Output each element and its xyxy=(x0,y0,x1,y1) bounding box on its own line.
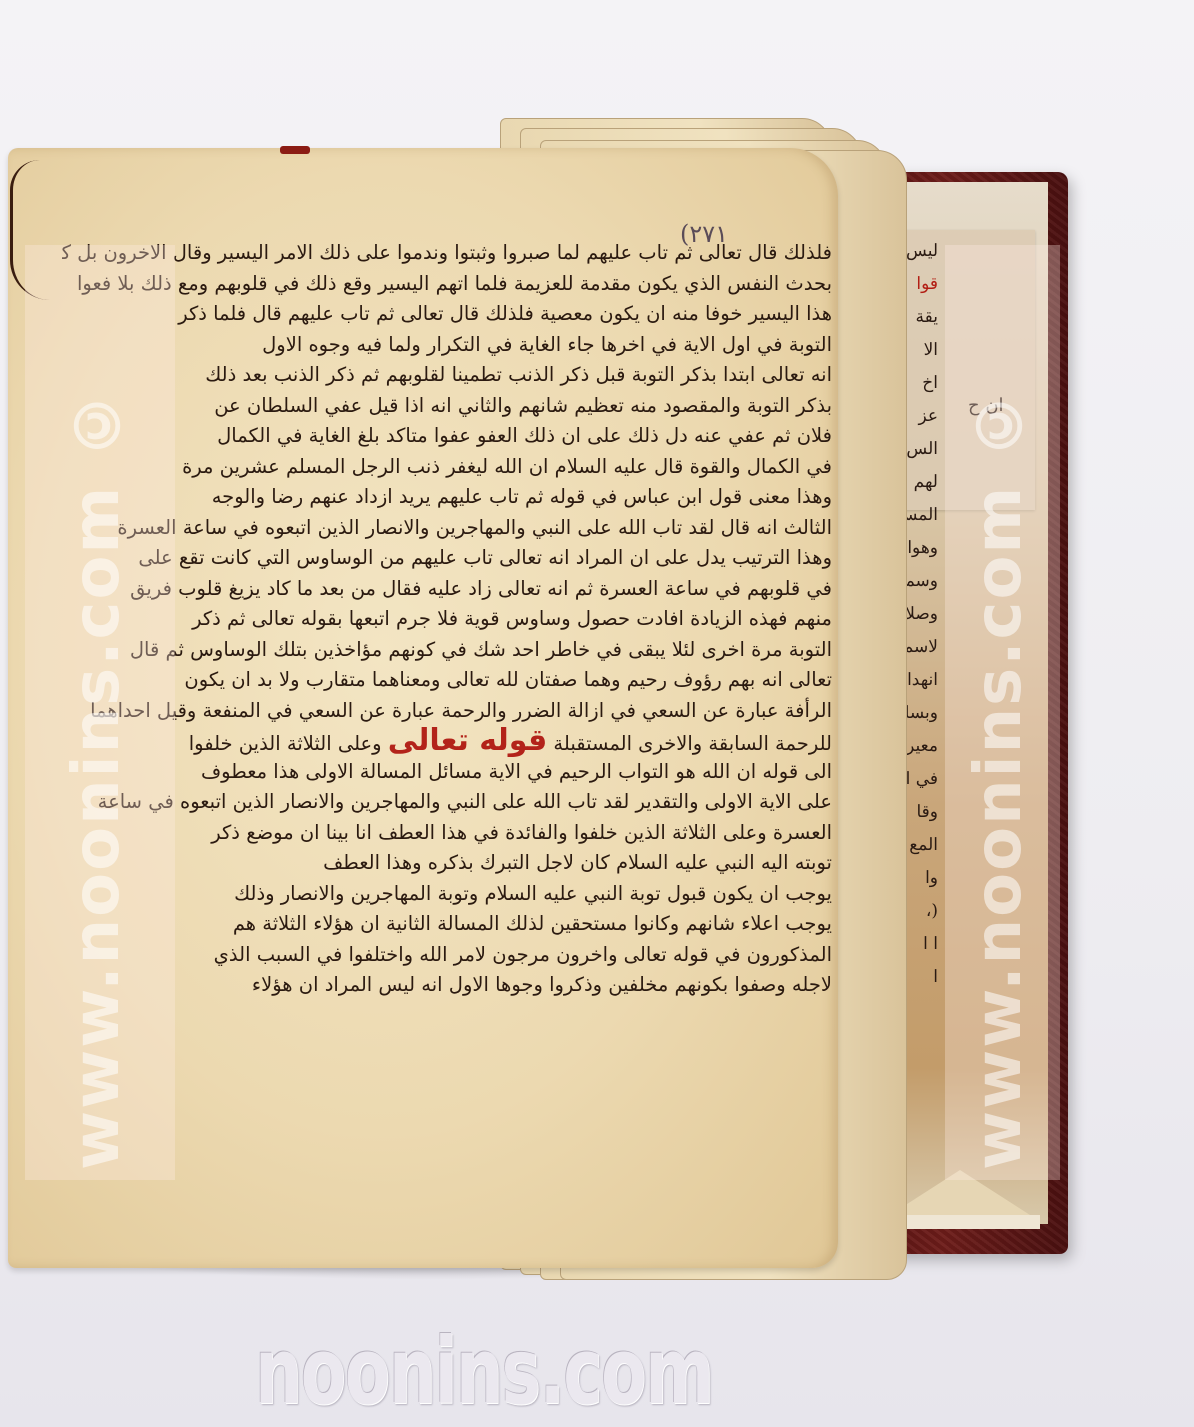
manuscript-line: الرأفة عبارة عن السعي في ازالة الضرر وال… xyxy=(62,696,832,727)
manuscript-line: توبته اليه النبي عليه السلام كان لاجل ال… xyxy=(62,848,832,879)
manuscript-line: في قلوبهم في ساعة العسرة ثم انه تعالى زا… xyxy=(62,574,832,605)
manuscript-line: التوبة مرة اخرى لئلا يبقى في خاطر احد شك… xyxy=(62,635,832,666)
manuscript-line: فلان ثم عفي عنه دل ذلك على ان ذلك العفو … xyxy=(62,421,832,452)
manuscript-line: يوجب اعلاء شانهم وكانوا مستحقين لذلك الم… xyxy=(62,909,832,940)
watermark-vertical-left: www.noonins.com © xyxy=(60,250,134,1170)
manuscript-line: الثالث انه قال لقد تاب الله على النبي وا… xyxy=(62,513,832,544)
manuscript-line: في الكمال والقوة قال عليه السلام ان الله… xyxy=(62,452,832,483)
manuscript-line: منهم فهذه الزيادة افادت حصول وساوس قوية … xyxy=(62,604,832,635)
manuscript-line: وهذا معنى قول ابن عباس في قوله ثم تاب عل… xyxy=(62,482,832,513)
manuscript-line: المذكورون في قوله تعالى واخرون مرجون لام… xyxy=(62,940,832,971)
manuscript-line: هذا اليسير خوفا منه ان يكون معصية فلذلك … xyxy=(62,299,832,330)
manuscript-line: وهذا الترتيب يدل على ان المراد انه تعالى… xyxy=(62,543,832,574)
watermark-bottom: noonins.com xyxy=(255,1318,713,1425)
manuscript-line: التوبة في اول الاية في اخرها جاء الغاية … xyxy=(62,330,832,361)
manuscript-line: تعالى انه بهم رؤوف رحيم وهما صفتان لله ت… xyxy=(62,665,832,696)
manuscript-line: الى قوله ان الله هو التواب الرحيم في الا… xyxy=(62,757,832,788)
manuscript-line: العسرة وعلى الثلاثة الذين خلفوا والفائدة… xyxy=(62,818,832,849)
manuscript-line: فلذلك قال تعالى ثم تاب عليهم لما صبروا و… xyxy=(62,238,832,269)
rubric-heading: قوله تعالى xyxy=(388,726,547,757)
watermark-vertical-right: www.noonins.com © xyxy=(962,250,1036,1170)
manuscript-line: انه تعالى ابتدا بذكر التوبة قبل ذكر الذن… xyxy=(62,360,832,391)
manuscript-line: يوجب ان يكون قبول توبة النبي عليه السلام… xyxy=(62,879,832,910)
manuscript-line: لاجله وصفوا بكونهم مخلفين وذكروا وجوها ا… xyxy=(62,970,832,1001)
manuscript-line: بذكر التوبة والمقصود منه تعظيم شانهم وال… xyxy=(62,391,832,422)
manuscript-line: على الاية الاولى والتقدير لقد تاب الله ع… xyxy=(62,787,832,818)
manuscript-text-block: فلذلك قال تعالى ثم تاب عليهم لما صبروا و… xyxy=(62,238,832,1001)
manuscript-line: للرحمة السابقة والاخرى المستقبلة قوله تع… xyxy=(62,726,832,757)
manuscript-line: بحدث النفس الذي يكون مقدمة للعزيمة فلما … xyxy=(62,269,832,300)
red-bookmark-tab xyxy=(280,146,310,154)
